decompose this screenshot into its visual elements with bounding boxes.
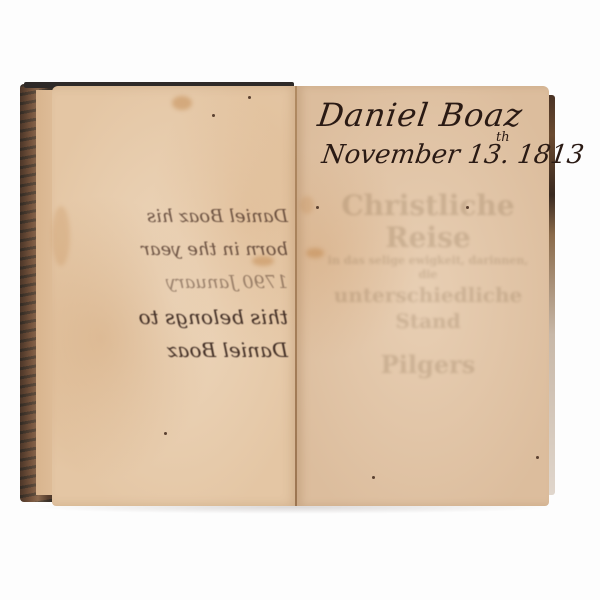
printed-line: Christliche Reise bbox=[318, 190, 538, 254]
stain bbox=[172, 96, 192, 110]
printed-line: unterschiedliche Stand bbox=[318, 282, 538, 334]
bleed-line: Daniel Boaz his bbox=[98, 206, 288, 239]
bleed-line: this belongs to bbox=[98, 305, 288, 338]
inscription-name: Daniel Boaz bbox=[315, 96, 525, 134]
speck bbox=[212, 114, 215, 117]
printed-title-bleed-through: Christliche Reise in das selige ewigkeit… bbox=[318, 190, 538, 382]
bleed-line: 1790 January bbox=[98, 272, 288, 305]
speck bbox=[164, 432, 167, 435]
printed-line: Pilgers bbox=[318, 348, 538, 382]
speck bbox=[248, 96, 251, 99]
stain bbox=[52, 206, 70, 266]
book-photograph: Christliche Reise in das selige ewigkeit… bbox=[0, 0, 600, 600]
speck bbox=[536, 456, 539, 459]
bleed-line: Daniel Boaz bbox=[98, 338, 288, 371]
mirrored-bleed-through-text: Daniel Boaz his born in the year 1790 Ja… bbox=[98, 206, 288, 371]
stain bbox=[300, 196, 314, 214]
bleed-line: born in the year bbox=[98, 239, 288, 272]
inscription-date-suffix: . 1813 bbox=[499, 140, 586, 170]
inscription-date: November 13. 1813 bbox=[320, 140, 586, 170]
speck bbox=[372, 476, 375, 479]
book-gutter bbox=[295, 86, 297, 506]
inscription-date-prefix: November 13 bbox=[320, 140, 503, 170]
printed-line: in das selige ewigkeit, darinnen, die bbox=[318, 254, 538, 282]
